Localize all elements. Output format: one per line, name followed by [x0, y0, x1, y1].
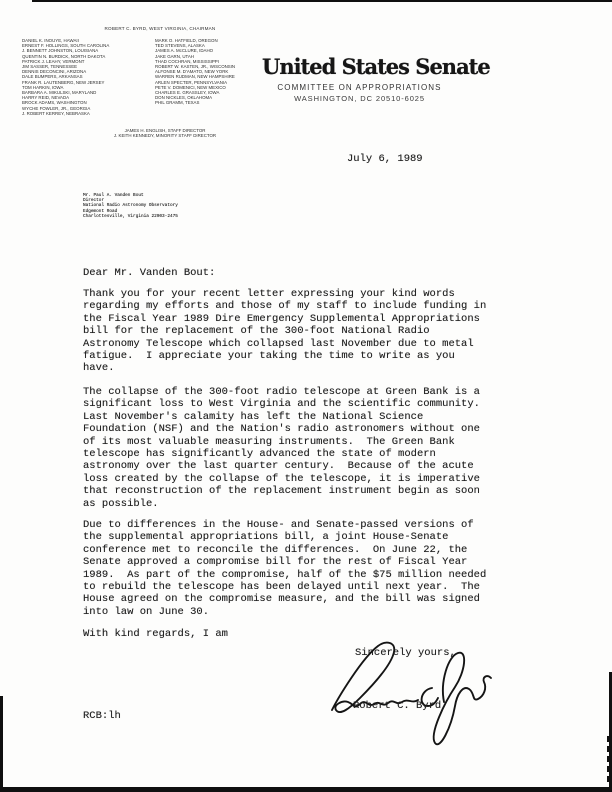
committee-name: COMMITTEE ON APPROPRIATIONS [262, 83, 457, 92]
committee-address: WASHINGTON, DC 20510-6025 [262, 94, 457, 103]
letterhead-chairman-line: ROBERT C. BYRD, WEST VIRGINIA, CHAIRMAN [20, 26, 300, 31]
list-line: J. KEITH KENNEDY, MINORITY STAFF DIRECTO… [20, 133, 310, 138]
senate-title: United States Senate [262, 54, 457, 79]
letterhead-members-left: DANIEL K. INOUYE, HAWAIIERNEST F. HOLLIN… [22, 38, 155, 116]
letterhead-masthead: United States Senate COMMITTEE ON APPROP… [262, 54, 457, 103]
scan-edge-right-dashes [607, 736, 612, 786]
closing-line: With kind regards, I am [83, 628, 228, 640]
list-line: Charlottesville, Virginia 22903-2475 [83, 214, 178, 219]
salutation: Dear Mr. Vanden Bout: [83, 267, 215, 279]
list-line: National Radio Astronomy Observatory [83, 203, 178, 208]
signature-typed-name: Robert C. Byrd [353, 700, 441, 712]
typist-initials: RCB:lh [83, 710, 121, 722]
letter-date: July 6, 1989 [347, 153, 423, 165]
body-paragraph-2: The collapse of the 300-foot radio teles… [83, 386, 480, 510]
recipient-address-block: Mr. Paul A. Vanden BoutDirectorNational … [83, 193, 178, 219]
signature-handwriting [328, 640, 496, 752]
scanned-letter-page: ROBERT C. BYRD, WEST VIRGINIA, CHAIRMAN … [0, 0, 612, 792]
scan-edge-left [0, 696, 3, 792]
scan-edge-top [32, 0, 612, 2]
letterhead-staff-directors: JAMES H. ENGLISH, STAFF DIRECTORJ. KEITH… [20, 128, 310, 139]
body-paragraph-1: Thank you for your recent letter express… [83, 288, 486, 375]
body-paragraph-3: Due to differences in the House- and Sen… [83, 519, 486, 618]
scan-edge-bottom [0, 787, 612, 792]
list-line: J. ROBERT KERREY, NEBRASKA [22, 111, 155, 116]
